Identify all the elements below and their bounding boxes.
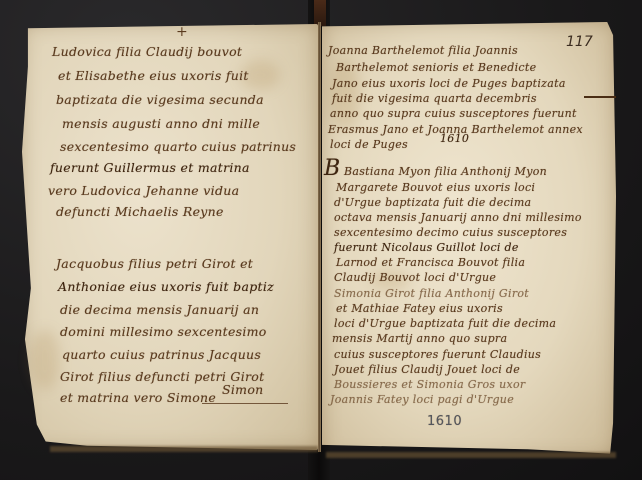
manuscript-line: Joannis Fatey loci pagi d'Urgue bbox=[330, 394, 514, 405]
page-stain bbox=[30, 330, 60, 390]
manuscript-line: d'Urgue baptizata fuit die decima bbox=[334, 197, 531, 208]
manuscript-line: defuncti Michaelis Reyne bbox=[56, 206, 224, 219]
manuscript-line: Bastiana Myon filia Anthonij Myon bbox=[344, 166, 547, 177]
year-note: 1610 bbox=[440, 133, 469, 144]
manuscript-line: Claudij Bouvot loci d'Urgue bbox=[334, 272, 496, 283]
manuscript-line: sexcentesimo quarto cuius patrinus bbox=[60, 141, 296, 154]
manuscript-line: die decima mensis Januarij an bbox=[60, 304, 259, 317]
manuscript-line: octava mensis Januarij anno dni millesim… bbox=[334, 212, 582, 223]
manuscript-line: domini millesimo sexcentesimo bbox=[60, 326, 267, 339]
strikethrough-mark bbox=[584, 96, 616, 98]
manuscript-line: Anthoniae eius uxoris fuit baptiz bbox=[58, 281, 274, 294]
manuscript-line: fuit die vigesima quarta decembris bbox=[332, 93, 537, 104]
signature-underline bbox=[202, 403, 288, 404]
manuscript-line: mensis augusti anno dni mille bbox=[62, 118, 260, 131]
manuscript-line: Barthelemot senioris et Benedicte bbox=[336, 62, 536, 73]
manuscript-line: Jouet filius Claudij Jouet loci de bbox=[334, 364, 520, 375]
manuscript-line: Boussieres et Simonia Gros uxor bbox=[334, 379, 526, 390]
manuscript-line: fuerunt Nicolaus Guillot loci de bbox=[334, 242, 519, 253]
manuscript-line: loci d'Urgue baptizata fuit die decima bbox=[334, 318, 556, 329]
folio-number: 117 bbox=[566, 34, 593, 50]
manuscript-line: et Elisabethe eius uxoris fuit bbox=[58, 70, 249, 83]
manuscript-line: Jano eius uxoris loci de Puges baptizata bbox=[332, 78, 566, 89]
manuscript-line: et Mathiae Fatey eius uxoris bbox=[336, 303, 503, 314]
manuscript-line: fuerunt Guillermus et matrina bbox=[50, 162, 250, 175]
manuscript-line: Joanna Barthelemot filia Joannis bbox=[328, 45, 518, 56]
signature: Simon bbox=[222, 384, 264, 397]
pencil-year-annotation: 1610 bbox=[427, 415, 462, 428]
page-gutter bbox=[318, 22, 321, 452]
manuscript-line: Ludovica filia Claudij bouvot bbox=[52, 46, 242, 59]
manuscript-line: Simonia Girot filia Anthonij Girot bbox=[334, 288, 529, 299]
manuscript-line: vero Ludovica Jehanne vidua bbox=[48, 185, 239, 198]
manuscript-line: anno quo supra cuius susceptores fuerunt bbox=[330, 108, 577, 119]
manuscript-line: cuius susceptores fuerunt Claudius bbox=[334, 349, 541, 360]
page-torn-edge bbox=[50, 446, 318, 452]
manuscript-line: quarto cuius patrinus Jacquus bbox=[62, 349, 261, 362]
manuscript-line: loci de Puges bbox=[330, 139, 408, 150]
manuscript-line: sexcentesimo decimo cuius susceptores bbox=[334, 227, 567, 238]
page-torn-edge bbox=[326, 452, 616, 458]
initial-letter: B bbox=[324, 158, 340, 180]
manuscript-line: mensis Martij anno quo supra bbox=[332, 333, 507, 344]
manuscript-line: baptizata die vigesima secunda bbox=[56, 94, 264, 107]
manuscript-line: Larnod et Francisca Bouvot filia bbox=[336, 257, 525, 268]
manuscript-line: Jacquobus filius petri Girot et bbox=[56, 258, 253, 271]
manuscript-line: Margarete Bouvot eius uxoris loci bbox=[336, 182, 535, 193]
manuscript-line: et matrina vero Simone bbox=[60, 392, 216, 405]
left-page bbox=[22, 24, 318, 450]
cross-mark: + bbox=[176, 24, 188, 40]
